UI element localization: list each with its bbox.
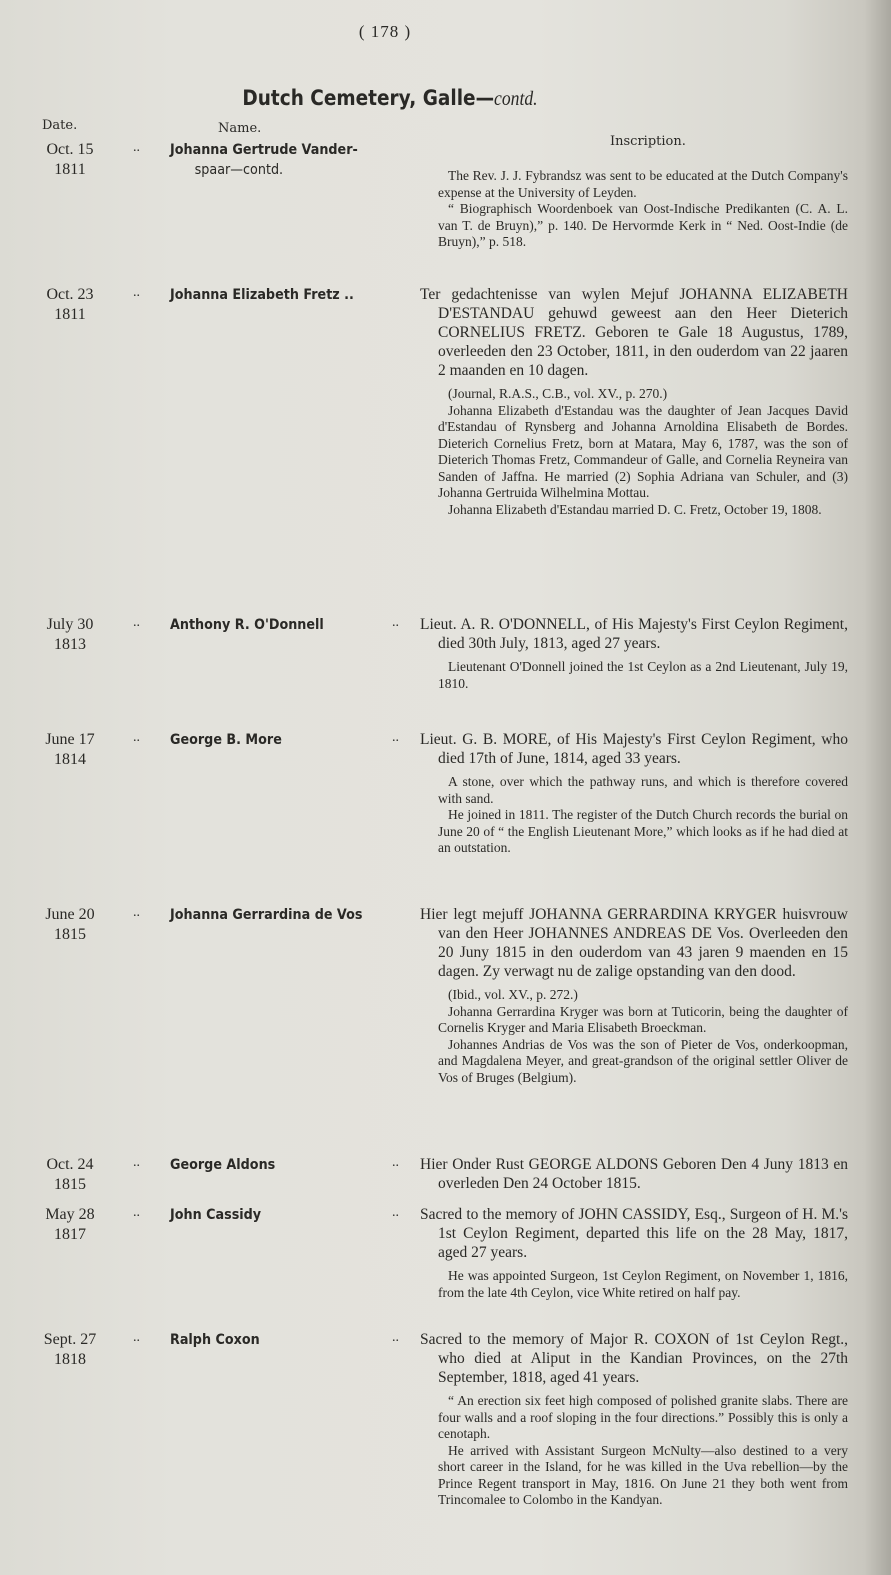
leader-dots: .. bbox=[133, 1330, 140, 1346]
leader-dots: .. bbox=[392, 730, 399, 746]
entry-note: Johannes Andrias de Vos was the son of P… bbox=[438, 1037, 848, 1087]
entry-inscription: Hier legt mejuff JOHANNA GERRARDINA KRYG… bbox=[420, 905, 848, 1086]
entry-note: He was appointed Surgeon, 1st Ceylon Reg… bbox=[438, 1268, 848, 1301]
entry-note: “ An erection six feet high composed of … bbox=[438, 1393, 848, 1443]
entry-date: July 301813 bbox=[30, 615, 110, 655]
entry-date: June 171814 bbox=[30, 730, 110, 770]
leader-dots: .. bbox=[133, 615, 140, 631]
entry-note: A stone, over which the pathway runs, an… bbox=[438, 774, 848, 807]
column-header-name: Name. bbox=[218, 121, 261, 136]
entry-note: He arrived with Assistant Surgeon McNult… bbox=[438, 1443, 848, 1509]
entry-date: Oct. 231811 bbox=[30, 285, 110, 325]
entry-name: John Cassidy bbox=[170, 1205, 381, 1225]
entry-note: “ Biographisch Woordenboek van Oost-Indi… bbox=[438, 201, 848, 251]
entry-name: George B. More bbox=[170, 730, 381, 750]
leader-dots: .. bbox=[392, 1205, 399, 1221]
entry-inscription: Ter gedachtenisse van wylen Mejuf JOHANN… bbox=[420, 285, 848, 518]
entry-note: Johanna Elizabeth d'Estandau was the dau… bbox=[438, 403, 848, 502]
entry-date: Oct. 151811 bbox=[30, 140, 110, 180]
entry-date: June 201815 bbox=[30, 905, 110, 945]
entry-inscription: Lieut. G. B. MORE, of His Majesty's Firs… bbox=[420, 730, 848, 857]
entry-inscription: Hier Onder Rust GEORGE ALDONS Geboren De… bbox=[420, 1155, 848, 1199]
entry-date: Oct. 241815 bbox=[30, 1155, 110, 1195]
title-main: Dutch Cemetery, Galle— bbox=[242, 86, 494, 110]
entry-note: He joined in 1811. The register of the D… bbox=[438, 807, 848, 857]
leader-dots: .. bbox=[133, 285, 140, 301]
entry-name: George Aldons bbox=[170, 1155, 381, 1175]
entry-inscription: Lieut. A. R. O'DONNELL, of His Majesty's… bbox=[420, 615, 848, 692]
entry-date: May 281817 bbox=[30, 1205, 110, 1245]
leader-dots: .. bbox=[133, 140, 140, 156]
leader-dots: .. bbox=[133, 1205, 140, 1221]
entry-name: Anthony R. O'Donnell bbox=[170, 615, 381, 635]
entry-inscription: The Rev. J. J. Fybrandsz was sent to be … bbox=[420, 162, 848, 251]
entry-note: Johanna Elizabeth d'Estandau married D. … bbox=[438, 502, 848, 519]
leader-dots: .. bbox=[133, 905, 140, 921]
leader-dots: .. bbox=[392, 615, 399, 631]
entry-inscription: Sacred to the memory of Major R. COXON o… bbox=[420, 1330, 848, 1509]
column-header-date: Date. bbox=[42, 118, 77, 133]
entry-note: (Journal, R.A.S., C.B., vol. XV., p. 270… bbox=[438, 386, 848, 403]
entry-inscription: Sacred to the memory of JOHN CASSIDY, Es… bbox=[420, 1205, 848, 1301]
entry-note: Johanna Gerrardina Kryger was born at Tu… bbox=[438, 1004, 848, 1037]
entry-note: (Ibid., vol. XV., p. 272.) bbox=[438, 987, 848, 1004]
entry-name: Johanna Gertrude Vander-spaar—contd. bbox=[170, 140, 381, 180]
column-header-inscription: Inscription. bbox=[610, 134, 686, 149]
entry-date: Sept. 271818 bbox=[30, 1330, 110, 1370]
leader-dots: .. bbox=[392, 1155, 399, 1171]
title-suffix: contd. bbox=[494, 88, 538, 110]
leader-dots: .. bbox=[392, 1330, 399, 1346]
leader-dots: .. bbox=[133, 1155, 140, 1171]
leader-dots: .. bbox=[133, 730, 140, 746]
entry-name: Johanna Elizabeth Fretz .. bbox=[170, 285, 381, 305]
entry-note: The Rev. J. J. Fybrandsz was sent to be … bbox=[438, 168, 848, 201]
page-number: ( 178 ) bbox=[0, 22, 770, 42]
entry-note: Lieutenant O'Donnell joined the 1st Ceyl… bbox=[438, 659, 848, 692]
entry-name: Ralph Coxon bbox=[170, 1330, 381, 1350]
entry-name: Johanna Gerrardina de Vos bbox=[170, 905, 381, 925]
page-title: Dutch Cemetery, Galle—contd. bbox=[47, 86, 733, 111]
